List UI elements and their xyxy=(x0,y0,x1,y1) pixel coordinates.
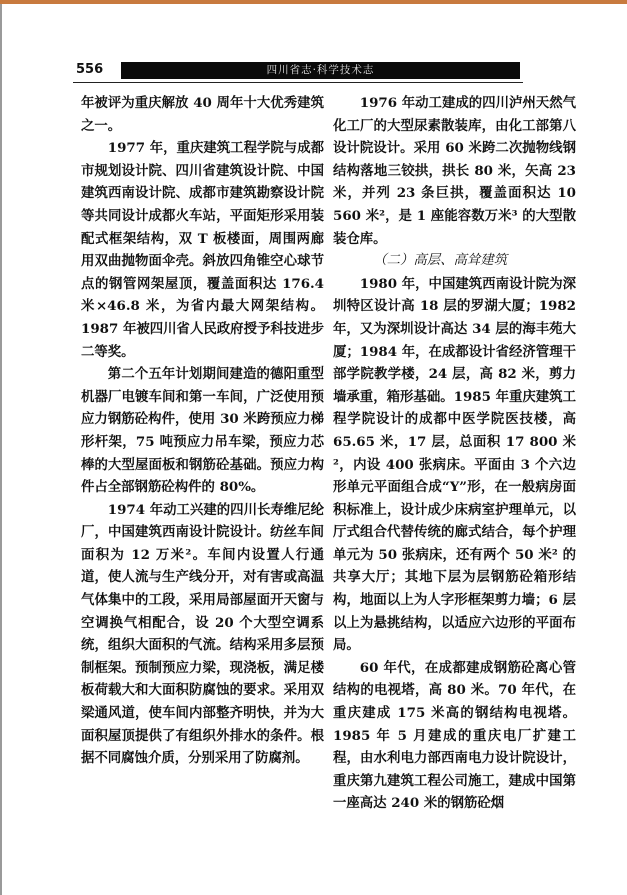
page-number: 556 xyxy=(76,62,103,77)
section-heading-high-rise: （二）高层、高耸建筑 xyxy=(333,250,576,273)
page-left-edge xyxy=(0,4,2,895)
left-column: 年被评为重庆解放 40 周年十大优秀建筑之一。 1977 年，重庆建筑工程学院与… xyxy=(81,92,324,770)
paragraph-towers: 60 年代，在成都建成钢筋砼离心管结构的电视塔，高 80 米。70 年代，在重庆… xyxy=(333,657,576,815)
header-rule xyxy=(73,82,523,83)
running-title: 四川省志·科学技术志 xyxy=(267,64,375,76)
paragraph-chengdu-station: 1977 年，重庆建筑工程学院与成都市规划设计院、四川省建筑设计院、中国建筑西南… xyxy=(81,137,324,363)
paragraph-changshou-vinylon: 1974 年动工兴建的四川长寿维尼纶厂，中国建筑西南设计院设计。纺丝车间面积为 … xyxy=(81,499,324,770)
paragraph-continuation: 年被评为重庆解放 40 周年十大优秀建筑之一。 xyxy=(81,92,324,137)
paragraph-luzhou-urea: 1976 年动工建成的四川泸州天然气化工厂的大型尿素散装库，由化工部第八设计院设… xyxy=(333,92,576,250)
paragraph-deyang-plant: 第二个五年计划期间建造的德阳重型机器厂电镀车间和第一车间，广泛使用预应力钢筋砼构… xyxy=(81,363,324,499)
right-column: 1976 年动工建成的四川泸州天然气化工厂的大型尿素散装库，由化工部第八设计院设… xyxy=(333,92,576,815)
top-border-strip xyxy=(0,0,627,4)
running-header-bar: 四川省志·科学技术志 xyxy=(121,62,520,79)
paragraph-high-rise-buildings: 1980 年，中国建筑西南设计院为深圳特区设计高 18 层的罗湖大厦；1982 … xyxy=(333,273,576,657)
